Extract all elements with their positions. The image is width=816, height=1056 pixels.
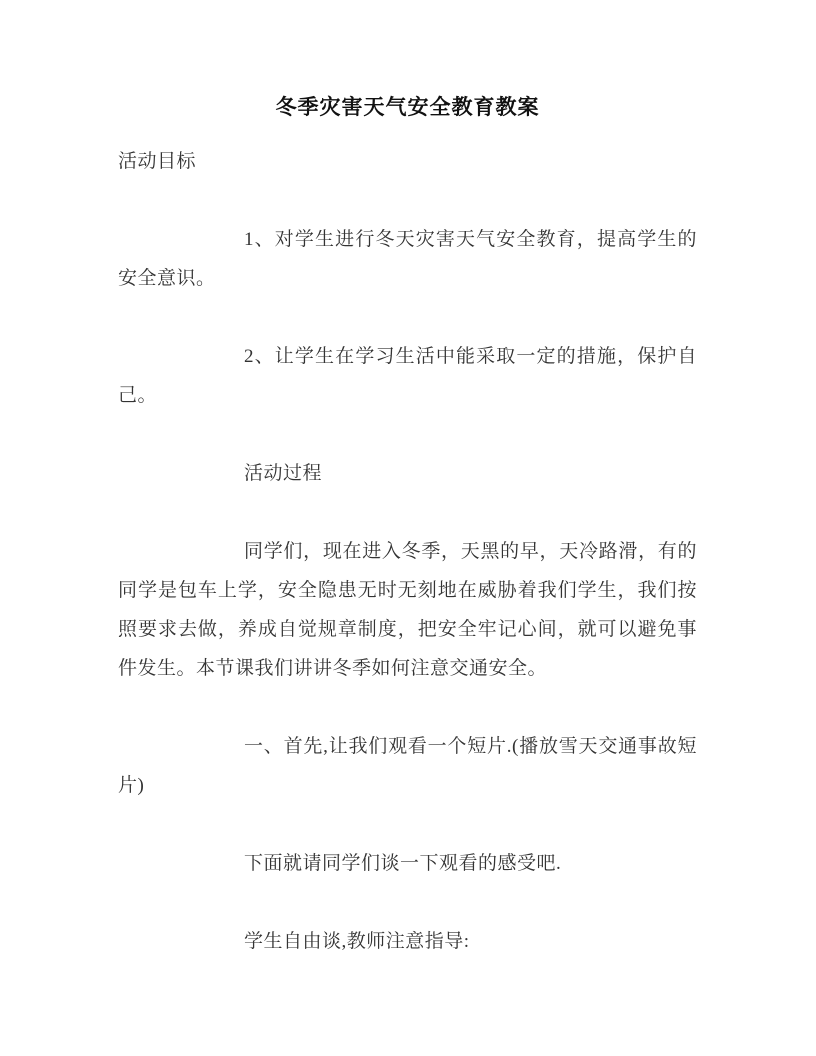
document-title: 冬季灾害天气安全教育教案: [118, 92, 697, 122]
paragraph-step-one-video: 一、首先,让我们观看一个短片.(播放雪天交通事故短片): [118, 727, 697, 805]
paragraph-process-intro: 同学们，现在进入冬季，天黑的早，天冷路滑，有的同学是包车上学，安全隐患无时无刻地…: [118, 532, 697, 688]
section-heading-activity-process: 活动过程: [118, 454, 697, 493]
paragraph-goal-2: 2、让学生在学习生活中能采取一定的措施，保护自己。: [118, 337, 697, 415]
section-heading-activity-goals: 活动目标: [118, 142, 697, 181]
document-page: 冬季灾害天气安全教育教案 活动目标 1、对学生进行冬天灾害天气安全教育，提高学生…: [0, 0, 816, 1056]
paragraph-discussion-prompt: 下面就请同学们谈一下观看的感受吧.: [118, 844, 697, 883]
paragraph-goal-1: 1、对学生进行冬天灾害天气安全教育，提高学生的安全意识。: [118, 220, 697, 298]
paragraph-student-free-talk: 学生自由谈,教师注意指导:: [118, 922, 697, 961]
